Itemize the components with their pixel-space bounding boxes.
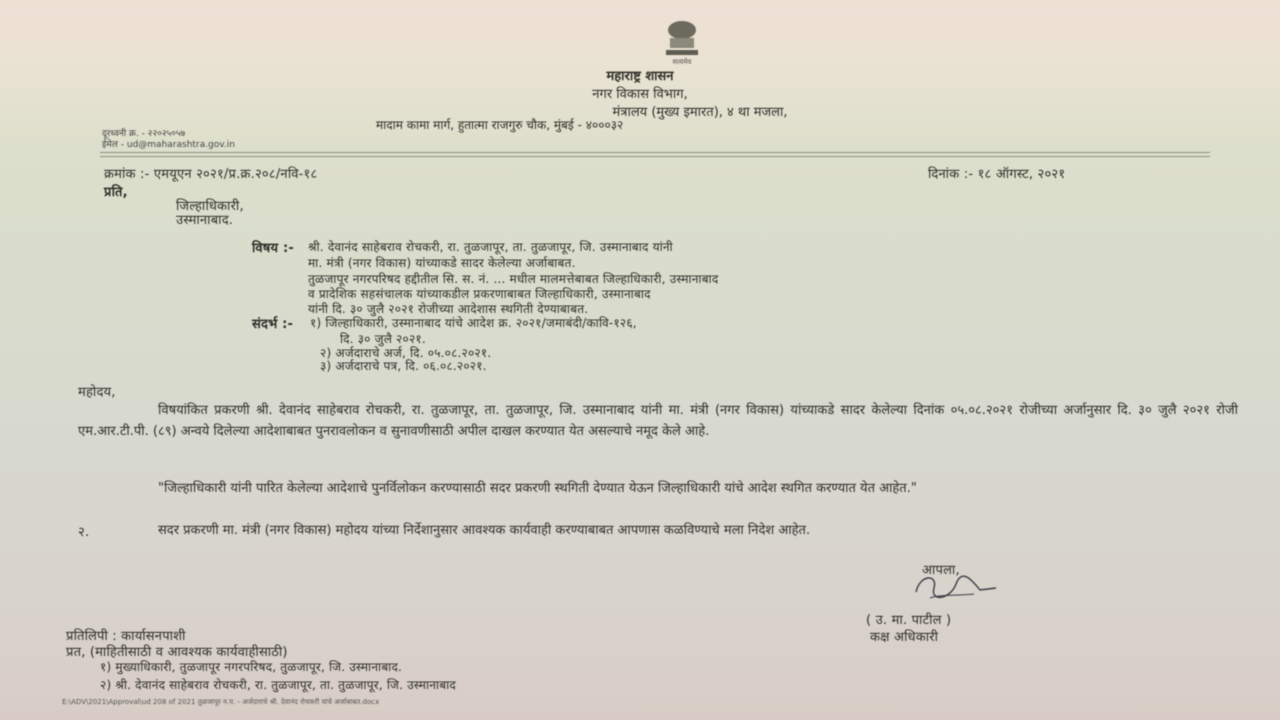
body-paragraph-1: विषयांकित प्रकरणी श्री. देवानंद साहेबराव… xyxy=(78,400,1238,442)
svg-text:सत्यमेव: सत्यमेव xyxy=(673,57,692,66)
letterhead-line-4: मादाम कामा मार्ग, हुतात्मा राजगुरु चौक, … xyxy=(376,116,623,133)
body-paragraph-2: सदर प्रकरणी मा. मंत्री (नगर विकास) महोदय… xyxy=(78,520,1238,541)
signatory-name: ( उ. मा. पाटील ) xyxy=(866,610,951,628)
to-label: प्रति, xyxy=(104,182,128,200)
header-divider xyxy=(100,152,1210,153)
copy-item: २) श्री. देवानंद साहेबराव रोचकरी, रा. तु… xyxy=(100,676,456,693)
header-divider-2 xyxy=(100,156,1210,157)
state-emblem-icon: सत्यमेव xyxy=(658,18,706,68)
subject-line: श्री. देवानंद साहेबराव रोचकरी, रा. तुळजा… xyxy=(308,238,673,255)
letterhead-line-3: मंत्रालय (मुख्य इमारत), ४ था मजला, xyxy=(60,102,1280,120)
salutation: महोदय, xyxy=(78,382,116,400)
letterhead-line-2: नगर विकास विभाग, xyxy=(0,84,1280,102)
file-path-footer: E:\ADV\2021\Approval\ud 208 of 2021 तुळज… xyxy=(62,698,379,707)
subject-line: मा. मंत्री (नगर विकास) यांच्याकडे सादर क… xyxy=(308,254,576,271)
signatory-designation: कक्ष अधिकारी xyxy=(870,627,938,645)
letterhead-line-1: महाराष्ट्र शासन xyxy=(0,66,1280,84)
copy-item: १) मुख्याधिकारी, तुळजापूर नगरपरिषद, तुळज… xyxy=(100,658,402,675)
body-quote: "जिल्हाधिकारी यांनी पारित केलेल्या आदेशा… xyxy=(78,478,1238,499)
subject-label: विषय :- xyxy=(252,238,294,256)
reference-number: क्रमांक :- एमयूएन २०२१/प्र.क्र.२०८/नवि-१… xyxy=(104,164,317,182)
references-label: संदर्भ :- xyxy=(252,314,293,332)
recipient-line-2: उस्मानाबाद. xyxy=(176,210,233,228)
email-label[interactable]: ईमेल - ud@maharashtra.gov.in xyxy=(102,137,235,150)
signature-icon xyxy=(910,570,1000,604)
reference-item: ३) अर्जदाराचे पत्र, दि. ०६.०८.२०२१. xyxy=(320,357,487,374)
reference-item: १) जिल्हाधिकारी, उस्मानाबाद यांचे आदेश क… xyxy=(310,314,637,331)
reference-date: दिनांक :- १८ ऑगस्ट, २०२१ xyxy=(928,164,1065,182)
